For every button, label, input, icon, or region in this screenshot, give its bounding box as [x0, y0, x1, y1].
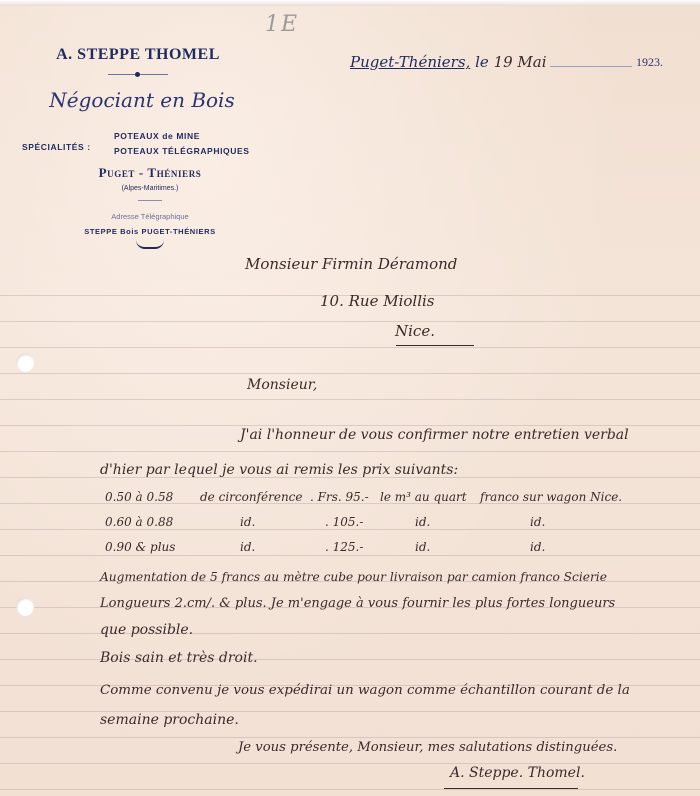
- recipient-city: Nice.: [395, 322, 435, 340]
- body-line: Comme convenu je vous expédirai un wagon…: [100, 683, 630, 698]
- dateline-place: Puget-Théniers,: [350, 53, 470, 71]
- body-line: J'ai l'honneur de vous confirmer notre e…: [240, 427, 629, 443]
- price-desc: id.: [240, 540, 255, 554]
- specialties-label: SPÉCIALITÉS :: [22, 142, 91, 152]
- telegraphic-label: Adresse Télégraphique: [40, 212, 260, 221]
- closing-line: Je vous présente, Monsieur, mes salutati…: [238, 740, 617, 755]
- letterhead-company-name: A. STEPPE THOMEL: [28, 46, 248, 64]
- price-desc: id.: [240, 515, 255, 529]
- specialty-item: POTEAUX TÉLÉGRAPHIQUES: [114, 146, 250, 156]
- price-range: 0.60 à 0.88: [105, 515, 173, 529]
- signature: A. Steppe. Thomel.: [450, 765, 585, 781]
- recipient-name: Monsieur Firmin Déramond: [245, 255, 457, 273]
- telegraphic-address: STEPPE Bois PUGET-THÉNIERS: [40, 227, 260, 236]
- letterhead-trade: Négociant en Bois: [32, 88, 252, 112]
- price-unit: id.: [415, 540, 430, 554]
- price-desc: de circonférence: [200, 490, 303, 504]
- punch-hole-top: [16, 354, 34, 372]
- price-value: . Frs. 95.-: [310, 490, 369, 504]
- dateline-day-month: 19 Mai: [494, 53, 547, 71]
- punch-hole-bottom: [16, 598, 34, 616]
- price-range: 0.90 & plus: [105, 540, 175, 554]
- price-terms: id.: [530, 515, 545, 529]
- body-line: d'hier par lequel je vous ai remis les p…: [100, 462, 458, 478]
- price-terms: franco sur wagon Nice.: [480, 490, 622, 504]
- price-unit: id.: [415, 515, 430, 529]
- body-line: Longueurs 2.cm/. & plus. Je m'engage à v…: [100, 596, 615, 611]
- price-terms: id.: [530, 540, 545, 554]
- recipient-street: 10. Rue Miollis: [320, 292, 435, 310]
- specialty-item: POTEAUX de MINE: [114, 131, 200, 141]
- dateline-year: 1923.: [636, 55, 663, 70]
- date-rule: [550, 66, 632, 67]
- letterhead-town: Puget - Théniers: [40, 165, 260, 181]
- ornament-dot: [135, 72, 140, 77]
- price-unit: le m³ au quart: [380, 490, 467, 504]
- price-value: . 125.-: [325, 540, 363, 554]
- ornament-rule: [138, 200, 162, 201]
- archive-annotation: 1E: [265, 12, 299, 37]
- price-range: 0.50 à 0.58: [105, 490, 173, 504]
- signature-underline: [444, 788, 578, 789]
- body-line: Bois sain et très droit.: [100, 650, 258, 666]
- price-value: . 105.-: [325, 515, 363, 529]
- paper-top-edge: [0, 0, 700, 6]
- salutation: Monsieur,: [247, 377, 317, 393]
- body-line: que possible.: [100, 622, 193, 638]
- dateline-le: le: [475, 53, 489, 71]
- body-line: semaine prochaine.: [100, 712, 239, 728]
- address-underline: [396, 345, 474, 346]
- body-line: Augmentation de 5 francs au mètre cube p…: [100, 570, 607, 584]
- letterhead-department: (Alpes-Maritimes.): [40, 185, 260, 192]
- dateline: Puget-Théniers, le 19 Mai: [350, 53, 547, 71]
